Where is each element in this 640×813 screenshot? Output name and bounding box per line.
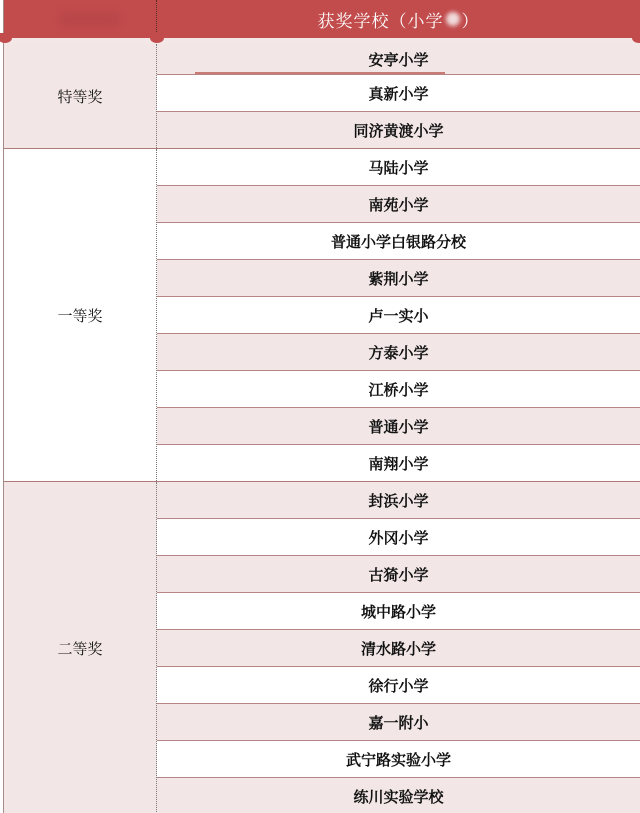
table-row: 紫荆小学 xyxy=(157,260,640,297)
school-name: 安亭小学 xyxy=(368,49,428,70)
table-row: 徐行小学 xyxy=(157,667,640,704)
group-second: 二等奖 封浜小学 外冈小学 古猗小学 城中路小学 清水路小学 徐行小学 嘉一附小… xyxy=(4,482,640,813)
table-row: 卢一实小 xyxy=(157,297,640,334)
category-label: 二等奖 xyxy=(4,482,157,813)
table-row: 方泰小学 xyxy=(157,334,640,371)
table-row: 江桥小学 xyxy=(157,371,640,408)
table-row: 武宁路实验小学 xyxy=(157,741,640,778)
notch-decoration xyxy=(0,33,12,43)
table-row: 封浜小学 xyxy=(157,482,640,519)
table-row: 南翔小学 xyxy=(157,445,640,481)
category-label: 一等奖 xyxy=(4,149,157,481)
table-row: 普通小学 xyxy=(157,408,640,445)
table-row: 南苑小学 xyxy=(157,186,640,223)
table-row: 外冈小学 xyxy=(157,519,640,556)
table-row: 马陆小学 xyxy=(157,149,640,186)
table-row: 嘉一附小 xyxy=(157,704,640,741)
notch-decoration xyxy=(150,33,164,43)
table-row: 真新小学 xyxy=(157,75,640,112)
header-winning-schools: 获奖学校（小学） xyxy=(157,0,640,38)
table-row: 安亭小学 xyxy=(157,44,640,75)
obscured-text xyxy=(446,12,460,26)
obscured-text xyxy=(60,12,120,26)
table-header: 获奖学校（小学） xyxy=(4,0,640,38)
table-row: 城中路小学 xyxy=(157,593,640,630)
table-row: 同济黄渡小学 xyxy=(157,112,640,148)
header-award-level xyxy=(4,0,157,38)
header-label-end: ） xyxy=(462,7,480,32)
group-special: 特等奖 安亭小学 真新小学 同济黄渡小学 xyxy=(4,44,640,149)
table-row: 练川实验学校 xyxy=(157,778,640,813)
table-row: 古猗小学 xyxy=(157,556,640,593)
awards-table: 获奖学校（小学） 特等奖 安亭小学 真新小学 同济黄渡小学 一等奖 马陆小学 南… xyxy=(3,0,640,813)
category-label: 特等奖 xyxy=(4,44,157,148)
notch-decoration xyxy=(632,33,640,43)
group-first: 一等奖 马陆小学 南苑小学 普通小学白银路分校 紫荆小学 卢一实小 方泰小学 江… xyxy=(4,149,640,482)
table-row: 清水路小学 xyxy=(157,630,640,667)
header-label: 获奖学校（小学 xyxy=(318,7,444,32)
table-row: 普通小学白银路分校 xyxy=(157,223,640,260)
